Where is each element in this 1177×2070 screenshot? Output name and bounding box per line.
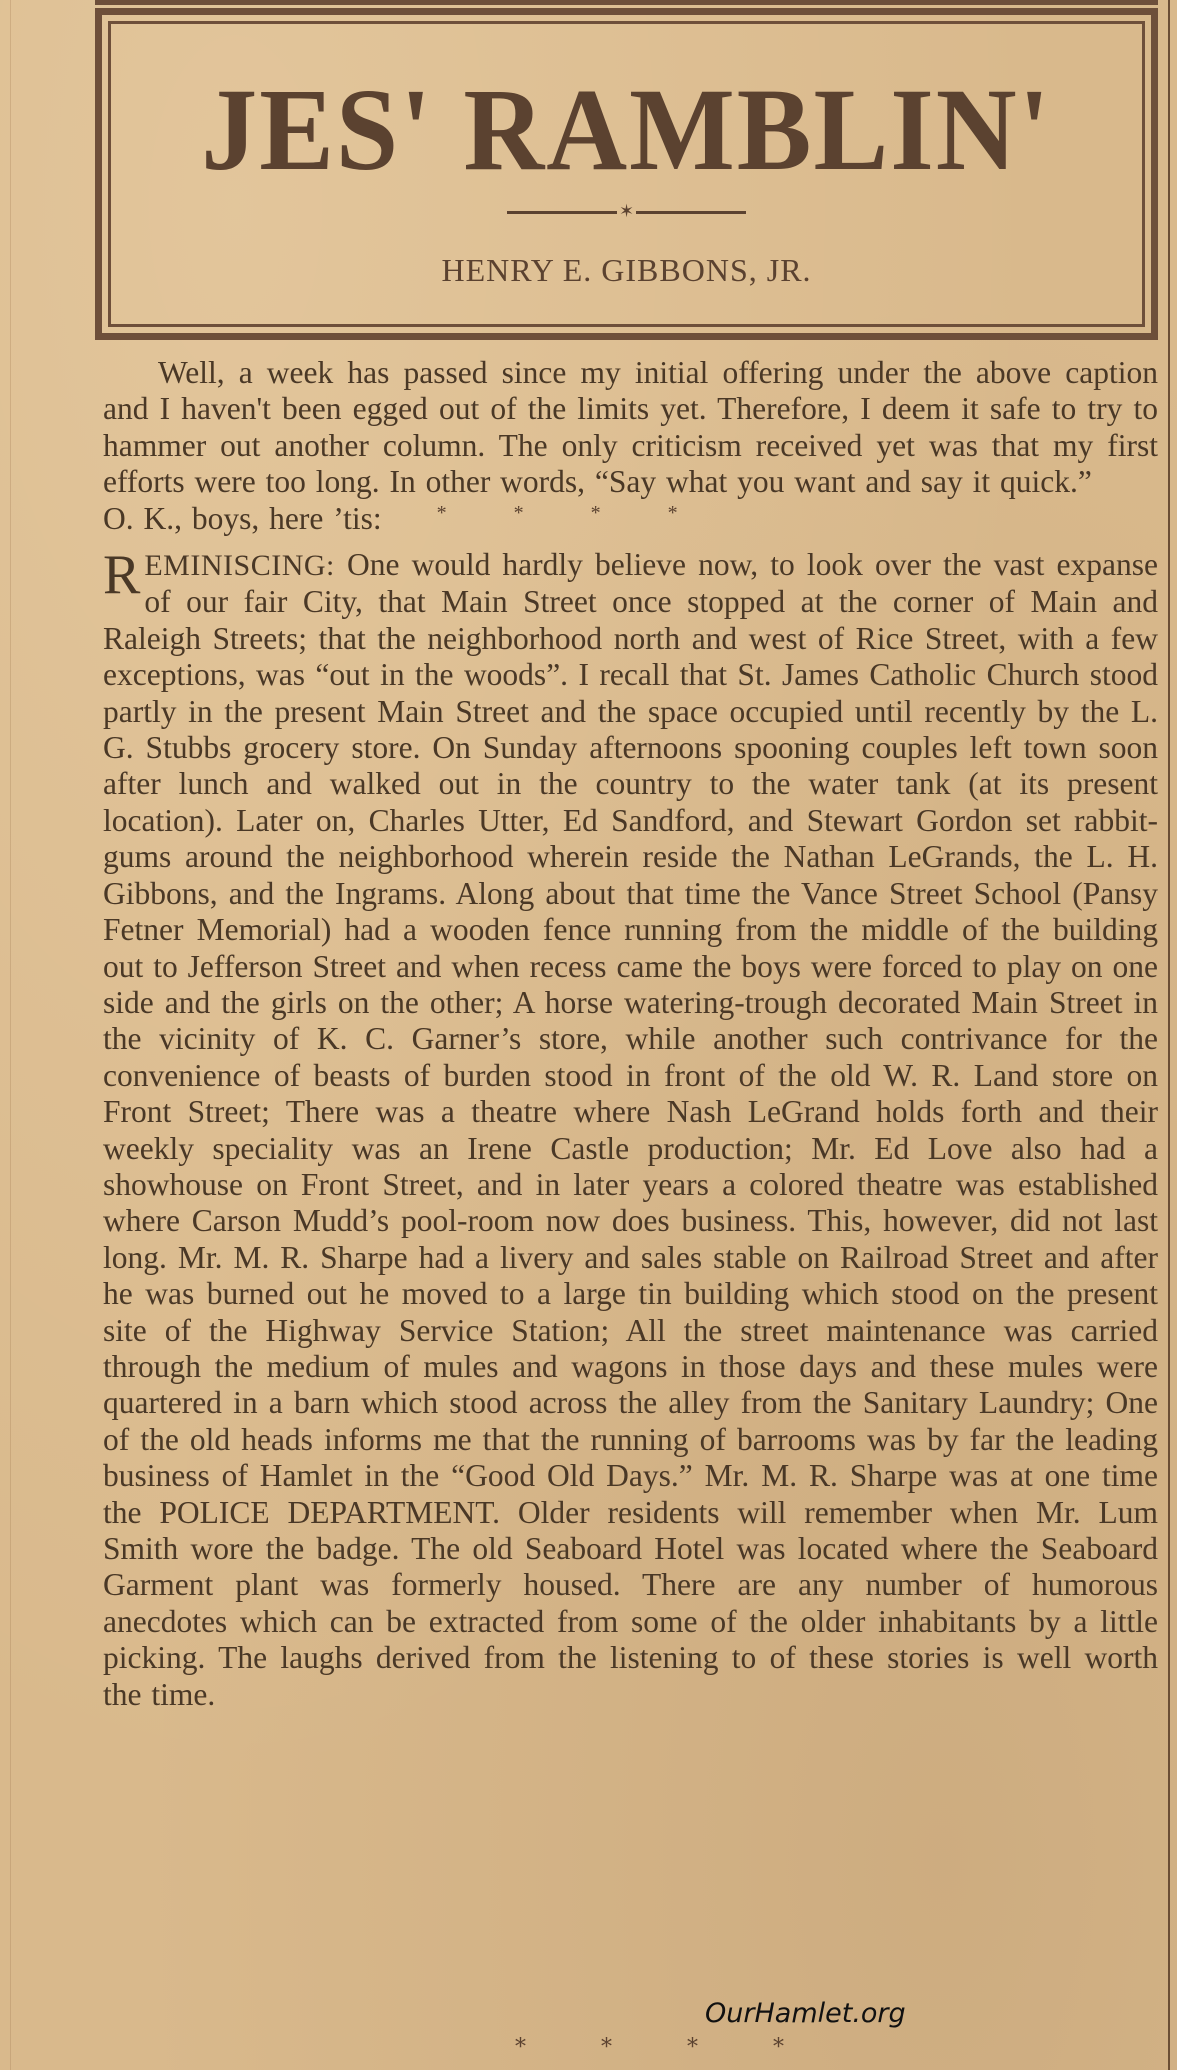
section-lead-word: EMINISCING:: [144, 549, 335, 582]
section-body-text: One would hardly believe now, to look ov…: [103, 547, 1158, 1712]
article-body: Well, a week has passed since my initial…: [103, 355, 1158, 1713]
author-byline: HENRY E. GIBBONS, JR.: [111, 252, 1142, 289]
end-separator: * * * *: [515, 2035, 818, 2060]
intro-signoff-text: O. K., boys, here ’tis:: [103, 501, 382, 537]
ornament-line-left: [507, 211, 617, 214]
column-header-box: JES' RAMBLIN' ✶ HENRY E. GIBBONS, JR.: [95, 8, 1158, 340]
intro-signoff-line: O. K., boys, here ’tis: * * * *: [103, 501, 1158, 537]
header-top-rule: [95, 0, 1158, 5]
section-separator: * * * *: [437, 501, 708, 525]
ornament-line-right: [636, 211, 746, 214]
dropcap-letter: R: [103, 551, 140, 599]
title-ornament: ✶: [111, 202, 1142, 222]
column-header-inner-frame: JES' RAMBLIN' ✶ HENRY E. GIBBONS, JR.: [108, 21, 1145, 327]
site-watermark: OurHamlet.org: [705, 1998, 906, 2029]
star-icon: ✶: [619, 203, 634, 221]
column-rule: [1168, 0, 1170, 2070]
intro-paragraph: Well, a week has passed since my initial…: [103, 355, 1158, 501]
left-margin-rule: [10, 0, 11, 2070]
reminiscing-paragraph: REMINISCING: One would hardly believe no…: [103, 547, 1158, 1713]
column-title: JES' RAMBLIN': [111, 71, 1142, 189]
